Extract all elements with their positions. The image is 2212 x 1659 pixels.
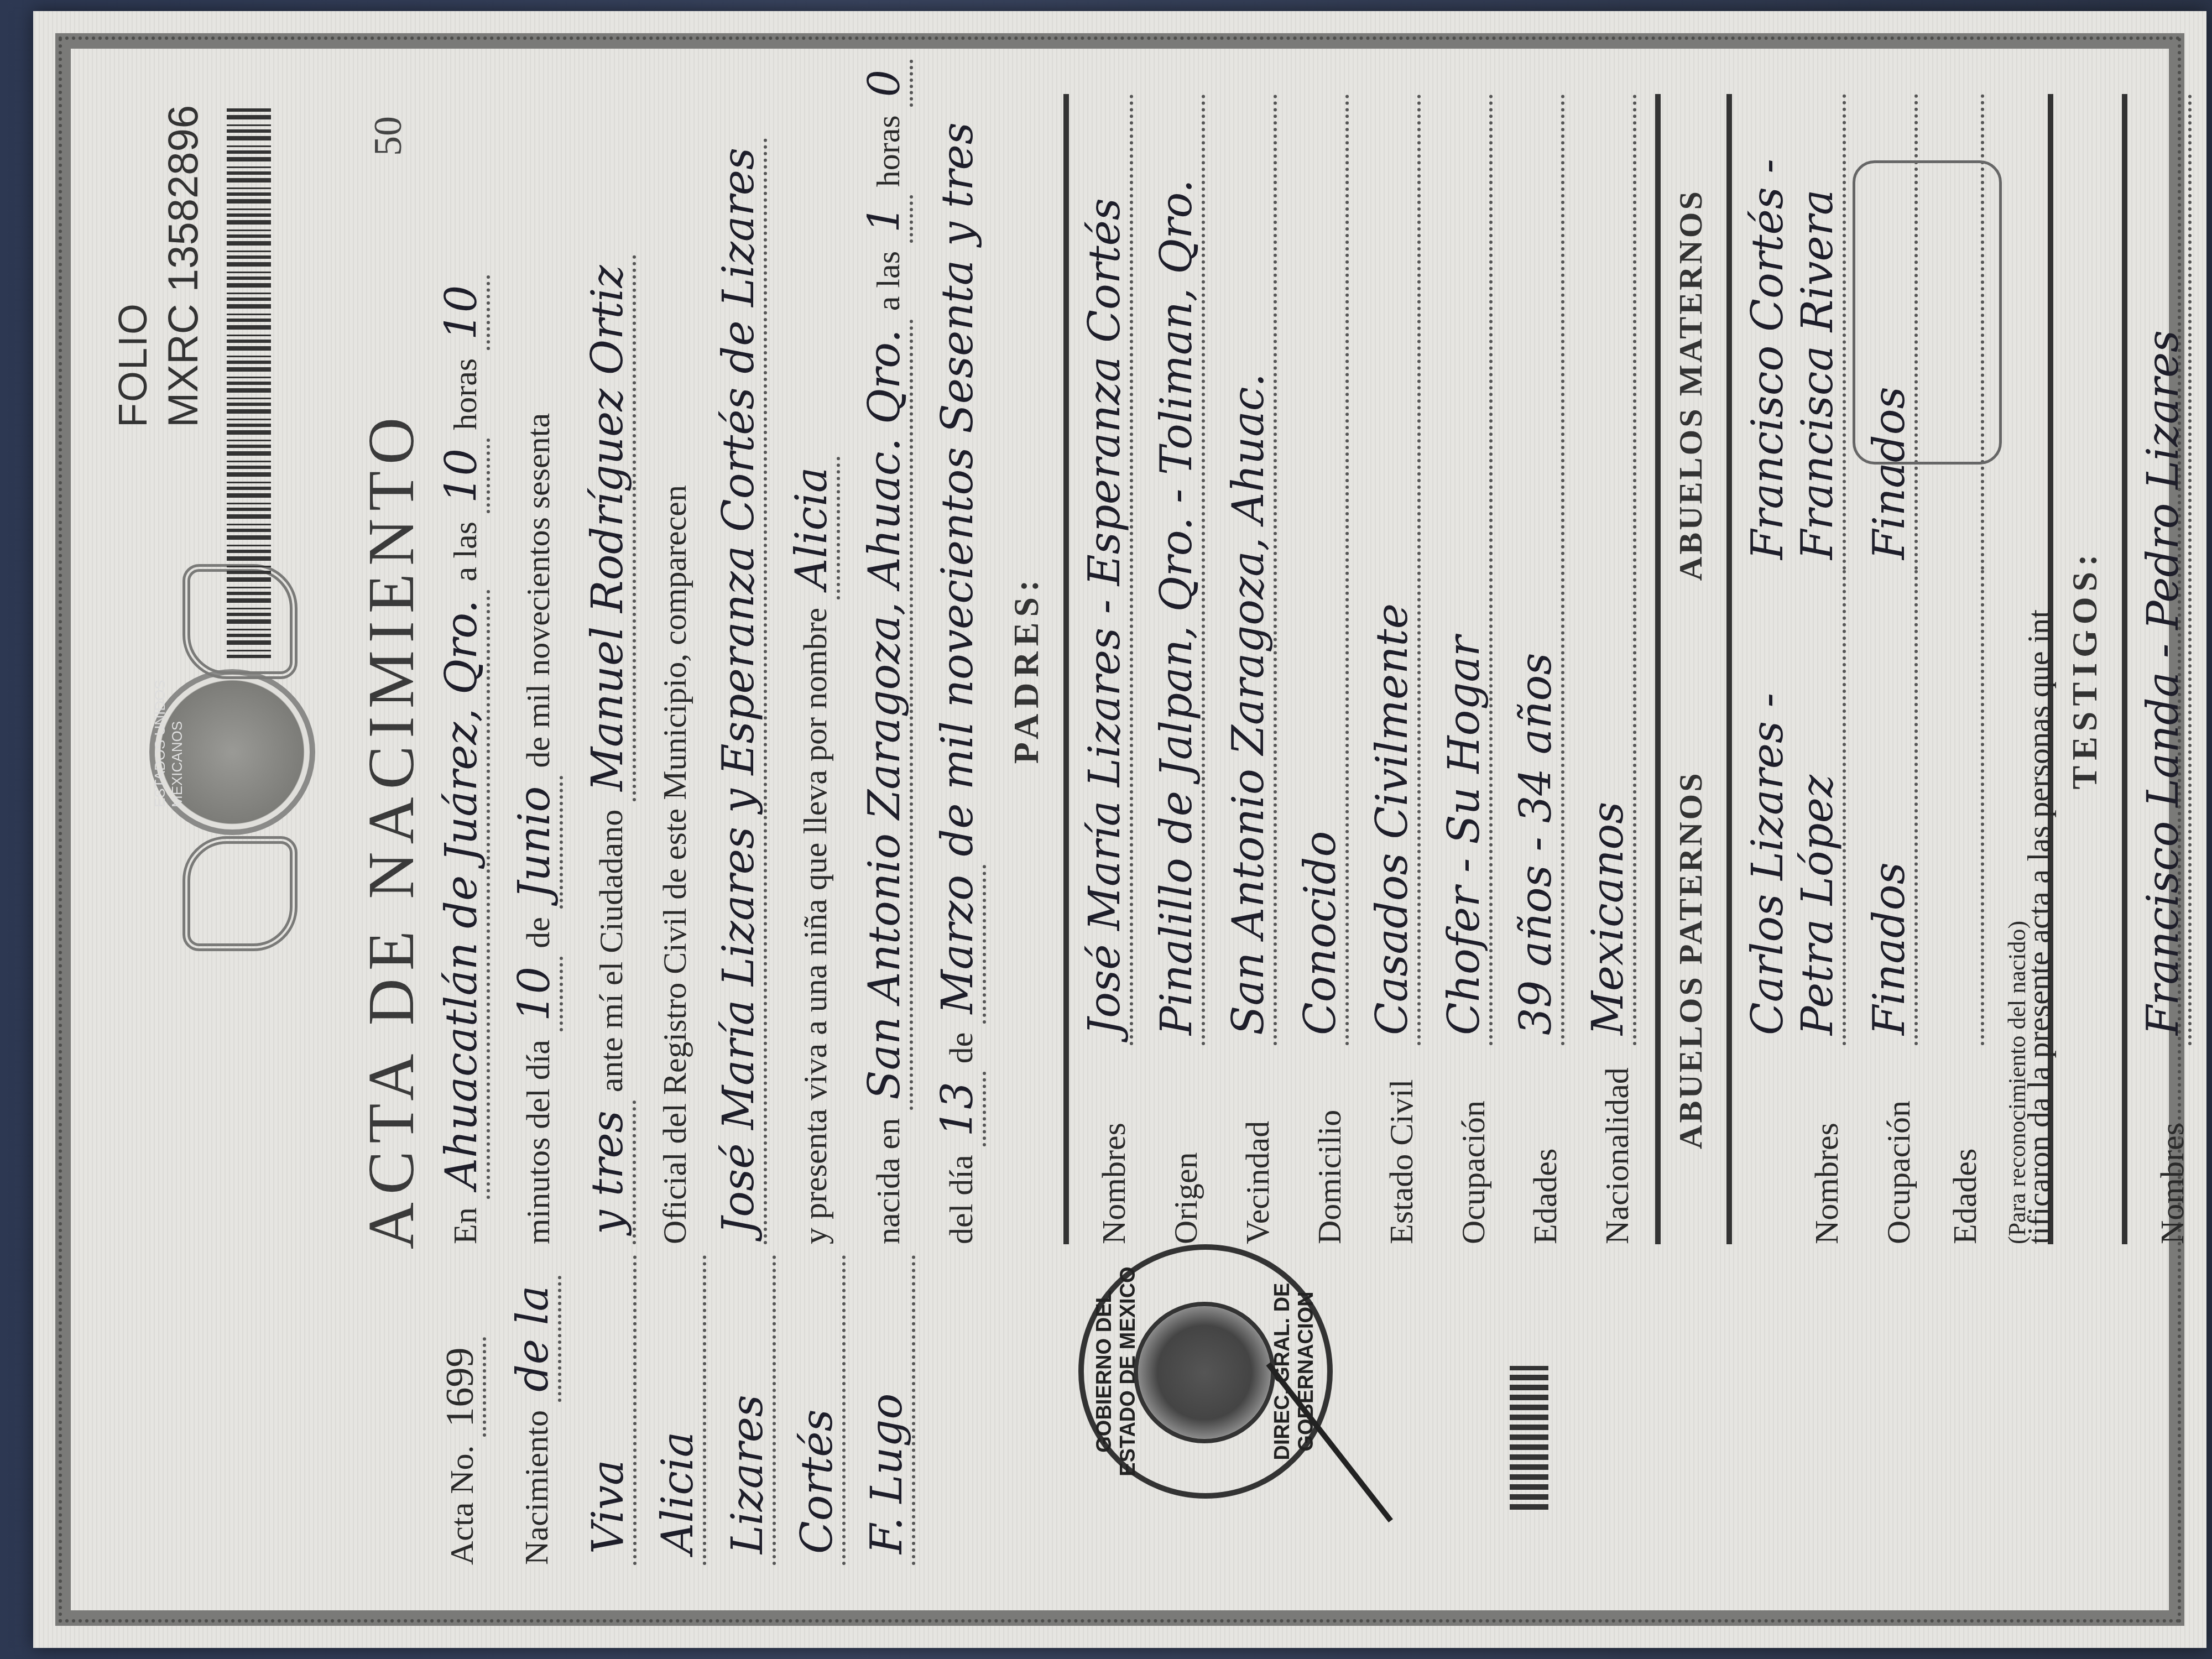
folio-label: FOLIO bbox=[111, 105, 156, 427]
birth-place: San Antonio Zaragoza, Ahuac. Qro. bbox=[860, 319, 913, 1110]
official-line: y tres ante mí el Ciudadano Manuel Rodrí… bbox=[583, 94, 636, 1244]
paternos-value bbox=[1937, 570, 1984, 1045]
emblem-text: ESTADOS UNIDOS MEXICANOS bbox=[152, 675, 186, 807]
field-value: José María Lizares - Esperanza Cortés bbox=[1080, 94, 1133, 1045]
presenta-text: y presenta viva a una niña que lleva por… bbox=[797, 608, 833, 1244]
de-label: de bbox=[943, 1032, 979, 1063]
page-number: 50 bbox=[365, 116, 411, 156]
abuelos-paternos-title: ABUELOS PATERNOS bbox=[1672, 771, 1710, 1149]
section-divider bbox=[1655, 94, 1661, 1244]
ante-label: ante mí el Ciudadano bbox=[593, 810, 629, 1093]
place-value: Ahuacatlán de Juárez, Qro. bbox=[437, 589, 490, 1199]
birthplace-line: nacida en San Antonio Zaragoza, Ahuac. Q… bbox=[860, 94, 913, 1244]
padres-row: VecindadSan Antonio Zaragoza, Ahuac. bbox=[1224, 94, 1277, 1244]
acta-number: 1699 bbox=[437, 1337, 486, 1437]
padres-title: PADRES: bbox=[1006, 94, 1047, 1244]
nacida-en-label: nacida en bbox=[870, 1118, 906, 1244]
field-label: Domicilio bbox=[1311, 1045, 1349, 1244]
birth-minutes: 0 bbox=[860, 60, 913, 107]
paternos-value: Finados bbox=[1865, 570, 1918, 1045]
official-signature bbox=[1366, 1255, 1532, 1543]
document-body: ESTADOS UNIDOS MEXICANOS FOLIO MXRC 1358… bbox=[94, 83, 2146, 1576]
field-label: Nacionalidad bbox=[1598, 1045, 1636, 1244]
comparecen-value: José María Lizares y Esperanza Cortés de… bbox=[714, 138, 767, 1244]
child-name: Alicia bbox=[787, 457, 840, 599]
field-value: Pinalillo de Jalpan, Qro. - Toliman, Qro… bbox=[1152, 94, 1205, 1045]
field-value: Francisco Landa - Pedro Lizares bbox=[2138, 94, 2192, 1045]
field-label: Nombres bbox=[1808, 1045, 1846, 1244]
padres-row: Estado CivilCasados Civilmente bbox=[1368, 94, 1421, 1244]
field-value: Mexicanos bbox=[1583, 94, 1636, 1045]
nacimiento-value: de la bbox=[508, 1276, 561, 1402]
day-value: 10 bbox=[510, 957, 563, 1031]
section-divider bbox=[1063, 94, 1069, 1244]
official-name: Manuel Rodríguez Ortiz bbox=[583, 255, 636, 801]
birth-month: Marzo bbox=[933, 865, 986, 1024]
abuelos-row: NombresCarlos Lizares - Petra LópezFranc… bbox=[1743, 94, 1846, 1244]
padres-row: NombresJosé María Lizares - Esperanza Co… bbox=[1080, 94, 1133, 1244]
presenta-line: y presenta viva a una niña que lleva por… bbox=[787, 94, 840, 1244]
parents-appear-line: José María Lizares y Esperanza Cortés de… bbox=[714, 94, 767, 1244]
government-seal: GOBIERNO DEL ESTADO DE MEXICO DIREC. GRA… bbox=[1078, 1244, 1333, 1499]
maternos-value: Francisco Cortés - Francisca Rivera bbox=[1743, 94, 1846, 570]
horas-label: horas bbox=[447, 358, 483, 430]
field-label: Ocupación bbox=[1880, 1045, 1918, 1244]
child-first-name: Alicia bbox=[653, 1255, 706, 1565]
folio-number: MXRC 13582896 bbox=[159, 105, 207, 427]
left-margin-column: Acta No. 1699 Nacimiento de la Viva Alic… bbox=[437, 1255, 932, 1565]
birth-day: 13 bbox=[933, 1072, 986, 1146]
a-las-label: a las bbox=[870, 251, 906, 311]
padres-row: OcupaciónChofer - Su Hogar bbox=[1439, 94, 1493, 1244]
document-sheet: ESTADOS UNIDOS MEXICANOS FOLIO MXRC 1358… bbox=[33, 11, 2206, 1648]
field-label: Nombres bbox=[2153, 1045, 2192, 1244]
field-label: Origen bbox=[1167, 1045, 1205, 1244]
field-label: Vecindad bbox=[1239, 1045, 1277, 1244]
birth-hours: 1 bbox=[860, 195, 913, 243]
folio-block: FOLIO MXRC 13582896 bbox=[111, 105, 207, 427]
birth-certificate: ESTADOS UNIDOS MEXICANOS FOLIO MXRC 1358… bbox=[33, 11, 2206, 1648]
birthdate-line: del día 13 de Marzo de mil novecientos S… bbox=[933, 94, 986, 1244]
padres-row: Edades39 años - 34 años bbox=[1511, 94, 1564, 1244]
field-label: Nombres bbox=[1095, 1045, 1133, 1244]
nacimiento-row: Nacimiento de la bbox=[508, 1255, 561, 1565]
en-label: En bbox=[447, 1207, 483, 1244]
padres-row: NacionalidadMexicanos bbox=[1583, 94, 1636, 1244]
acta-label: Acta No. bbox=[444, 1445, 480, 1565]
barcode-icon bbox=[227, 105, 271, 658]
field-value: Casados Civilmente bbox=[1368, 94, 1421, 1045]
testigos-title: TESTIGOS: bbox=[2064, 94, 2105, 1244]
padres-row: OrigenPinalillo de Jalpan, Qro. - Tolima… bbox=[1152, 94, 1205, 1244]
child-surname-1: Lizares bbox=[723, 1255, 776, 1565]
official-text: Oficial del Registro Civil de este Munic… bbox=[656, 485, 693, 1244]
field-label: Estado Civil bbox=[1383, 1045, 1421, 1244]
minutos-label: minutos del día bbox=[520, 1040, 556, 1244]
paternos-value: Carlos Lizares - Petra López bbox=[1743, 570, 1846, 1045]
year-prefix: de mil novecientos sesenta bbox=[520, 413, 556, 768]
year-suffix: y tres bbox=[583, 1100, 636, 1244]
horas-label: horas bbox=[870, 115, 906, 187]
stamp-box bbox=[1853, 160, 2002, 465]
abuelos-titles: ABUELOS PATERNOS ABUELOS MATERNOS bbox=[1672, 94, 1710, 1244]
field-value: Chofer - Su Hogar bbox=[1439, 94, 1493, 1045]
date-line: minutos del día 10 de Junio de mil novec… bbox=[510, 94, 563, 1244]
field-label: Edades bbox=[1946, 1045, 1984, 1244]
abuelos-maternos-title: ABUELOS MATERNOS bbox=[1672, 189, 1710, 581]
place-line: En Ahuacatlán de Juárez, Qro. a las 10 h… bbox=[437, 94, 490, 1244]
testigos-row: NombresFrancisco Landa - Pedro Lizares bbox=[2138, 94, 2192, 1244]
padres-row: DomicilioConocido bbox=[1296, 94, 1349, 1244]
child-surname-2: Cortés bbox=[792, 1255, 846, 1565]
field-value: Conocido bbox=[1296, 94, 1349, 1045]
acta-number-row: Acta No. 1699 bbox=[437, 1255, 486, 1565]
section-divider bbox=[2122, 94, 2127, 1244]
a-las-label: a las bbox=[447, 521, 483, 581]
field-label: Edades bbox=[1526, 1045, 1564, 1244]
field-value: 39 años - 34 años bbox=[1511, 94, 1564, 1045]
margin-note: F. Lugo bbox=[862, 1255, 915, 1565]
status-value: Viva bbox=[583, 1255, 637, 1565]
de-label: de bbox=[520, 917, 556, 948]
hours-value: 10 bbox=[437, 439, 490, 513]
section-divider bbox=[1726, 94, 1732, 1244]
month-value: Junio bbox=[510, 776, 563, 909]
footer-text: tificaron da la presente acta a las pers… bbox=[2020, 609, 2057, 1244]
del-dia-label: del día bbox=[943, 1155, 979, 1244]
minutes-value: 10 bbox=[437, 275, 490, 350]
field-label: Ocupación bbox=[1454, 1045, 1493, 1244]
comparecen-line: Oficial del Registro Civil de este Munic… bbox=[656, 94, 694, 1244]
document-title: ACTA DE NACIMIENTO bbox=[354, 83, 429, 1576]
birth-year: de mil novecientos Sesenta y tres bbox=[933, 122, 983, 856]
ornament-icon bbox=[182, 836, 298, 951]
field-value: San Antonio Zaragoza, Ahuac. bbox=[1224, 94, 1277, 1045]
coat-of-arms-icon: ESTADOS UNIDOS MEXICANOS bbox=[149, 669, 315, 835]
seal-text-top: GOBIERNO DEL ESTADO DE MEXICO bbox=[1093, 1250, 1140, 1493]
nacimiento-label: Nacimiento bbox=[518, 1410, 555, 1565]
